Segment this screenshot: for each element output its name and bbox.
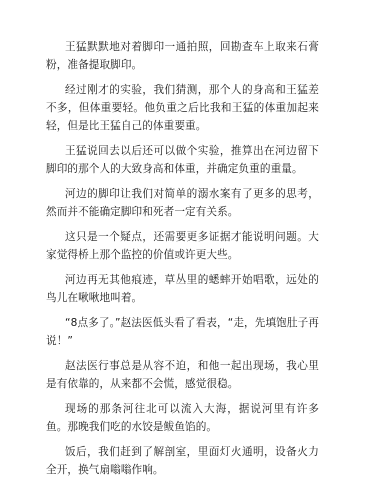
paragraph: 河边再无其他痕迹，草丛里的蟋蟀开始唱歌，远处的鸟儿在啾啾地叫着。 [46,271,319,307]
paragraph: 饭后，我们赶到了解剖室，里面灯火通明，设备火力全开，换气扇嗡嗡作响。 [46,443,319,479]
document-page: 王猛默默地对着脚印一通拍照，回勘查车上取来石膏粉，准备提取脚印。 经过刚才的实验… [46,38,319,480]
paragraph: 王猛说回去以后还可以做个实验，推算出在河边留下脚印的那个人的大致身高和体重，并确… [46,142,319,178]
paragraph: 经过刚才的实验，我们猜测，那个人的身高和王猛差不多，但体重要轻。他负重之后比我和… [46,81,319,135]
paragraph: “8点多了。”赵法医低头看了看表，“走，先填饱肚子再说！” [46,314,319,350]
paragraph: 这只是一个疑点，还需要更多证据才能说明问题。大家觉得桥上那个监控的价值或许更大些… [46,228,319,264]
paragraph: 河边的脚印让我们对简单的溺水案有了更多的思考，然而并不能确定脚印和死者一定有关系… [46,185,319,221]
paragraph: 现场的那条河往北可以流入大海，据说河里有许多鱼。那晚我们吃的水饺是鲅鱼馅的。 [46,400,319,436]
paragraph: 赵法医行事总是从容不迫，和他一起出现场，我心里是有依靠的，从来都不会慌，感觉很稳… [46,357,319,393]
paragraph: 王猛默默地对着脚印一通拍照，回勘查车上取来石膏粉，准备提取脚印。 [46,38,319,74]
